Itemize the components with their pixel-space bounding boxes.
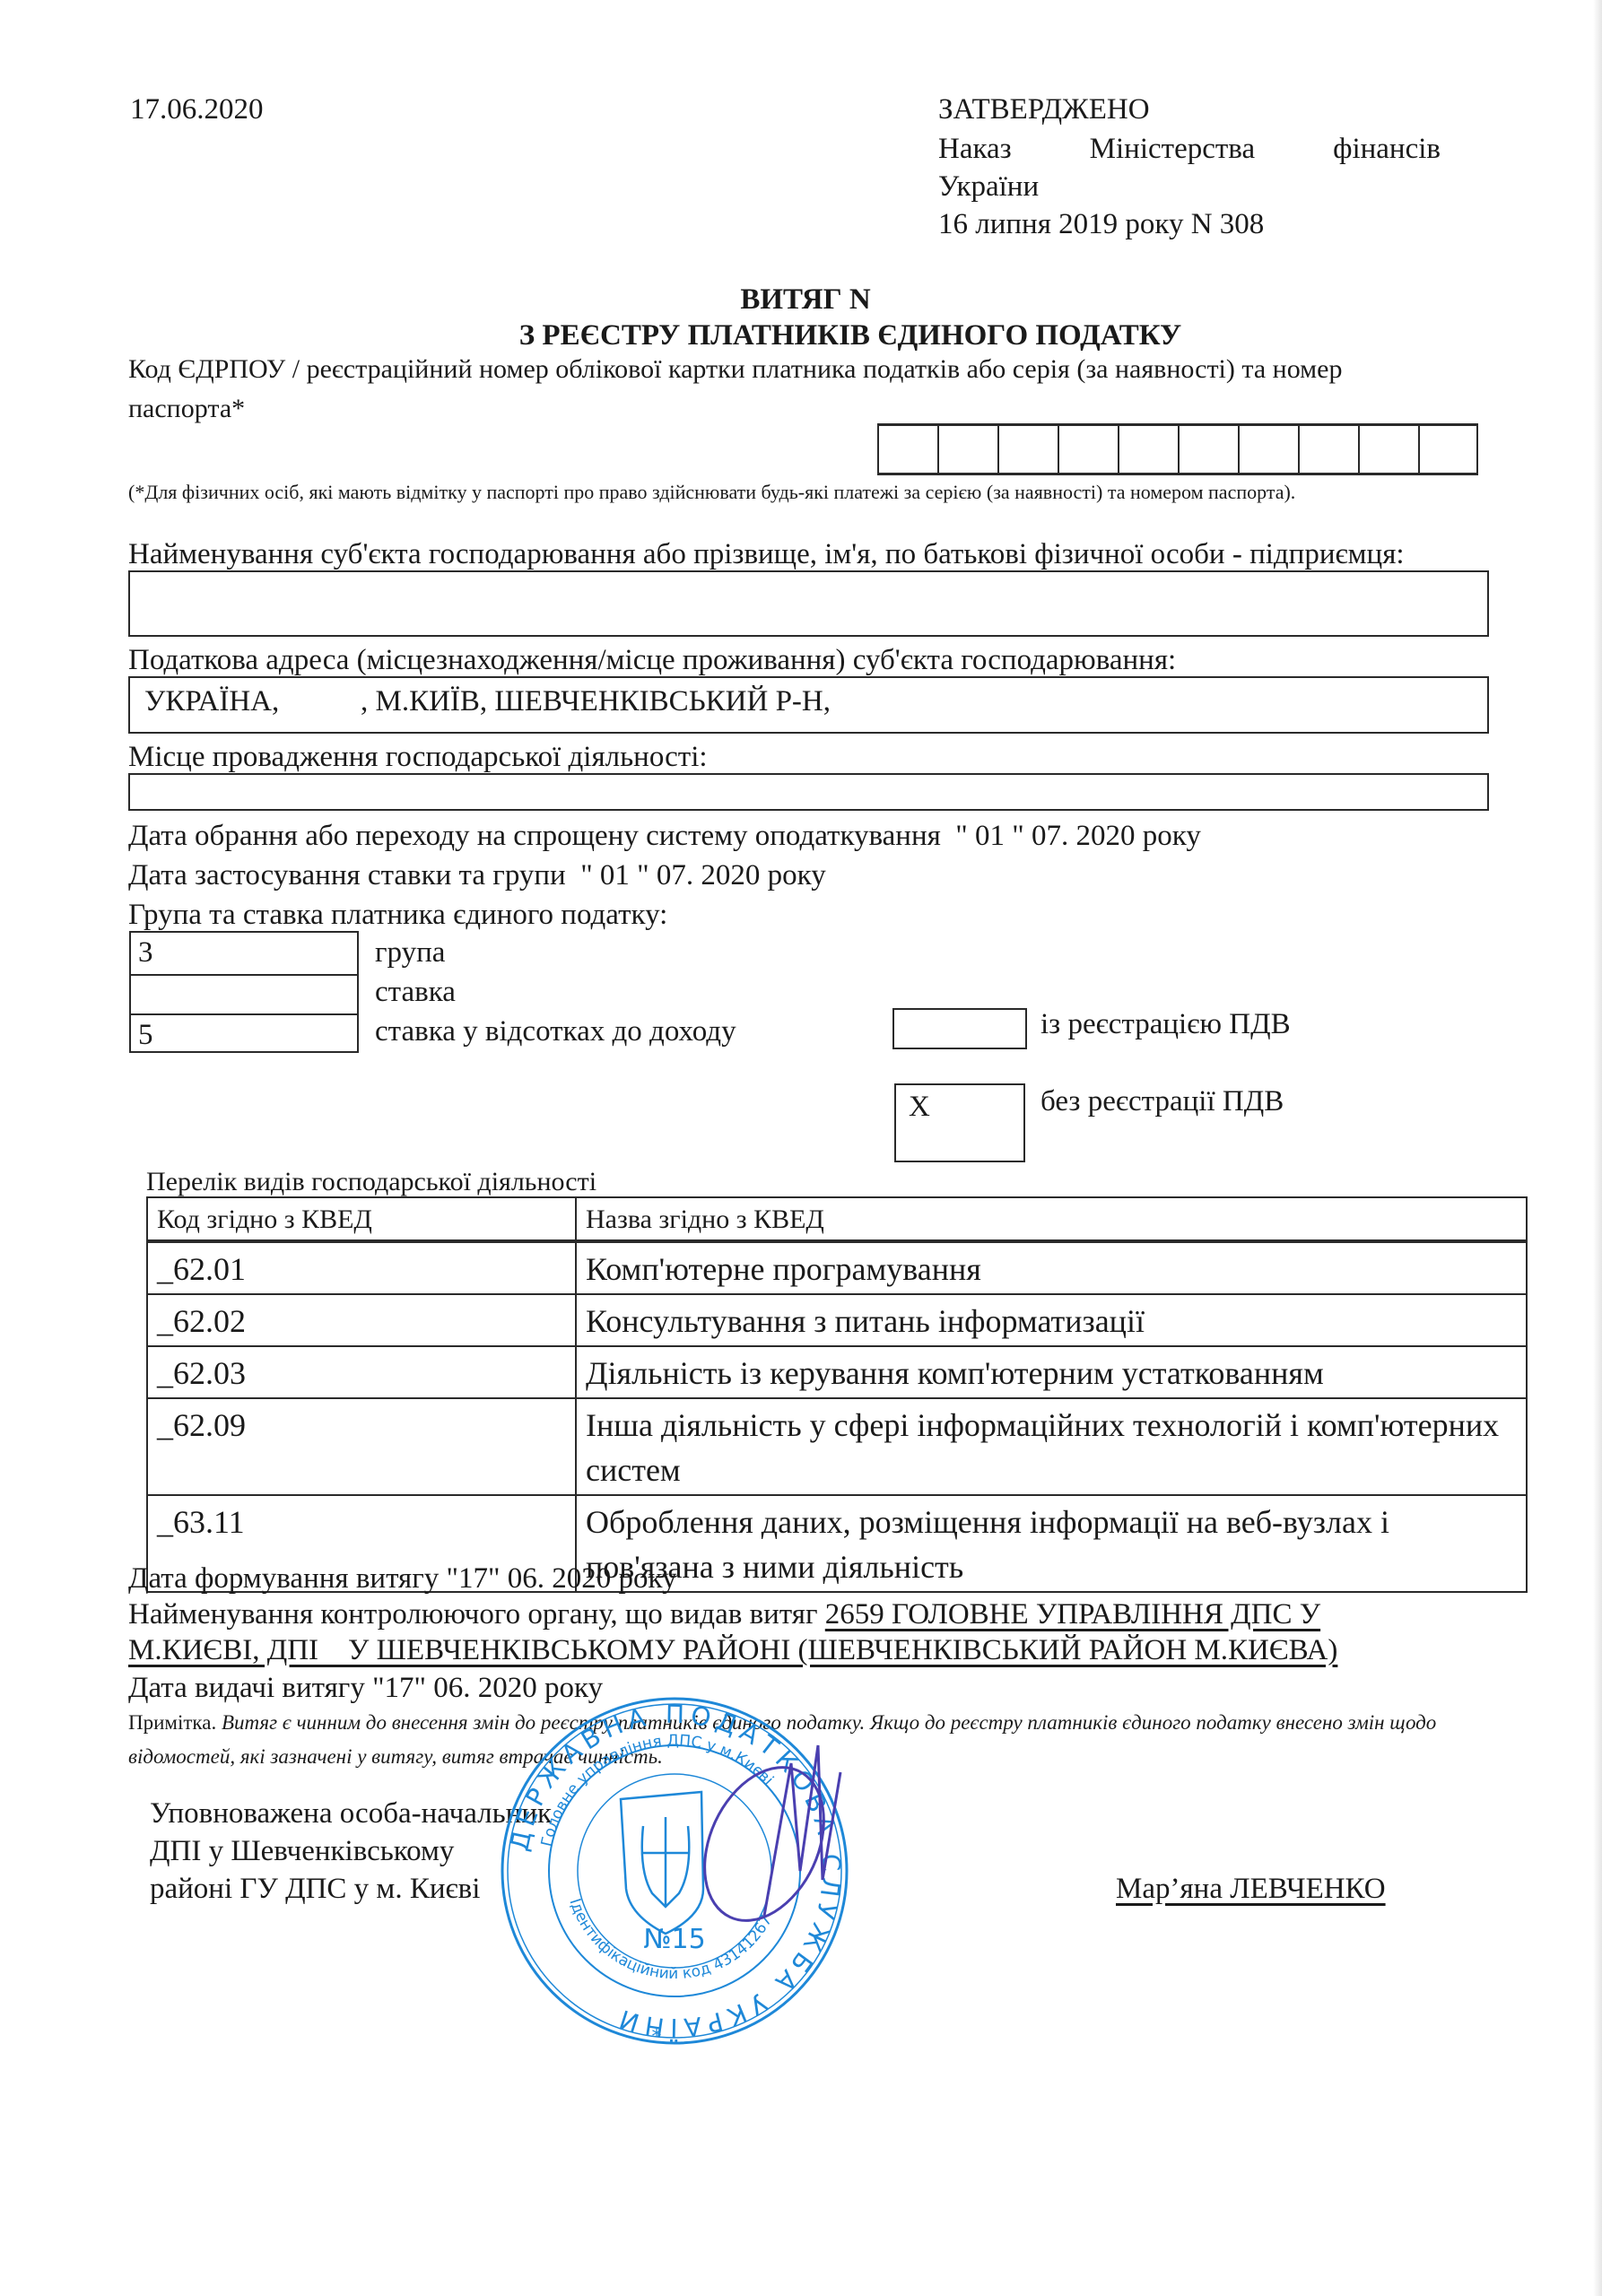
code-cell[interactable] [1358,426,1418,473]
rate-value [131,979,138,1012]
place-label: Місце провадження господарської діяльнос… [128,737,708,777]
kved-name: Інша діяльність у сфері інформаційних те… [576,1398,1527,1495]
code-cell[interactable] [1178,426,1238,473]
group-box[interactable]: 3 [129,931,359,974]
kved-name: Діяльність із керування комп'ютерним уст… [576,1346,1527,1398]
signer-position-1: Уповноважена особа-начальник [150,1794,552,1833]
vat-with-value [894,1013,907,1046]
name-label: Найменування суб'єкта господарювання або… [128,535,1405,574]
activities-table: Код згідно з КВЕД Назва згідно з КВЕД _6… [146,1196,1528,1593]
address-field[interactable]: УКРАЇНА, , М.КИЇВ, ШЕВЧЕНКІВСЬКИЙ Р-Н, [128,676,1489,734]
svg-text:*: * [652,2026,662,2048]
code-label-line-1: Код ЄДРПОУ / реєстраційний номер обліков… [128,352,1342,387]
note-label: Примітка. [128,1711,222,1734]
rate-group-date: Дата застосування ставки та групи " 01 "… [128,856,826,895]
order-line-1: Наказ Міністерства фінансів [938,129,1441,169]
order-word: Наказ [938,129,1012,169]
kved-code: _62.02 [147,1294,576,1346]
code-cells [877,423,1478,475]
rate-label: ставка [375,972,456,1012]
group-label: група [375,933,445,972]
authority-line-1: Найменування контролюючого органу, що ви… [128,1595,1320,1634]
address-value: УКРАЇНА, , М.КИЇВ, ШЕВЧЕНКІВСЬКИЙ Р-Н, [130,678,1487,721]
authority-label: Найменування контролюючого органу, що ви… [128,1598,825,1631]
code-label-line-2: паспорта* [128,391,245,427]
rate-percent-value: 5 [131,1019,153,1051]
code-cell[interactable] [1298,426,1358,473]
order-line-3: 16 липня 2019 року N 308 [938,204,1264,244]
code-footnote: (*Для фізичних осіб, які мають відмітку … [128,479,1545,506]
order-word: фінансів [1333,129,1441,169]
title-line-2: З РЕЄСТРУ ПЛАТНИКІВ ЄДИНОГО ПОДАТКУ [0,316,1602,355]
group-rate-label: Група та ставка платника єдиного податку… [128,895,667,935]
code-cell[interactable] [1238,426,1298,473]
place-field[interactable] [128,773,1489,811]
table-row: _62.09 Інша діяльність у сфері інформаці… [147,1398,1527,1495]
code-cell[interactable] [937,426,997,473]
table-row: _62.03 Діяльність із керування комп'ютер… [147,1346,1527,1398]
authority-value: 2659 ГОЛОВНЕ УПРАВЛІННЯ ДПС У [825,1598,1320,1631]
order-word: Міністерства [1090,129,1255,169]
title-line-1: ВИТЯГ N [0,280,1602,319]
vat-with-checkbox[interactable] [892,1008,1027,1049]
kved-code: _62.03 [147,1346,576,1398]
code-cell[interactable] [1418,426,1478,473]
signer-position-3: районі ГУ ДПС у м. Києві [150,1869,480,1909]
approved-label: ЗАТВЕРДЖЕНО [938,90,1150,129]
name-field[interactable] [128,570,1489,637]
group-value: 3 [131,936,153,969]
code-cell[interactable] [1118,426,1178,473]
simplified-system-date: Дата обрання або переходу на спрощену си… [128,816,1201,856]
kved-name: Консультування з питань інформатизації [576,1294,1527,1346]
place-value [130,778,143,811]
address-label: Податкова адреса (місцезнаходження/місце… [128,640,1176,680]
signer-position-2: ДПІ у Шевченківському [150,1831,454,1871]
table-row: _62.02 Консультування з питань інформати… [147,1294,1527,1346]
document-date: 17.06.2020 [130,90,264,129]
code-cell[interactable] [997,426,1058,473]
signer-name: Мар’яна ЛЕВЧЕНКО [1116,1869,1386,1909]
svg-text:ДЕРЖАВНА ПОДАТКОВА СЛУЖБА УКРА: ДЕРЖАВНА ПОДАТКОВА СЛУЖБА УКРАЇНИ [504,1700,846,2043]
kved-code: _62.01 [147,1241,576,1294]
table-header-row: Код згідно з КВЕД Назва згідно з КВЕД [147,1197,1527,1241]
rate-percent-label: ставка у відсотках до доходу [375,1012,736,1051]
order-line-2: України [938,167,1039,206]
vat-without-checkbox[interactable]: X [894,1083,1025,1162]
vat-without-value: X [896,1085,1023,1126]
code-cell[interactable] [877,426,937,473]
vat-without-label: без реєстрації ПДВ [1040,1082,1284,1121]
table-row: _62.01 Комп'ютерне програмування [147,1241,1527,1294]
code-cell[interactable] [1058,426,1118,473]
official-stamp-icon: ДЕРЖАВНА ПОДАТКОВА СЛУЖБА УКРАЇНИ Головн… [495,1692,854,2050]
header-code: Код згідно з КВЕД [147,1197,576,1241]
kved-name: Оброблення даних, розміщення інформації … [576,1495,1527,1592]
authority-line-2: М.КИЄВІ, ДПІ У ШЕВЧЕНКІВСЬКОМУ РАЙОНІ (Ш… [128,1631,1337,1670]
header-name: Назва згідно з КВЕД [576,1197,1527,1241]
kved-code: _62.09 [147,1398,576,1495]
name-value [130,576,143,608]
vat-with-label: із реєстрацією ПДВ [1040,1004,1291,1044]
formed-date: Дата формування витягу "17" 06. 2020 рок… [128,1559,677,1598]
kved-name: Комп'ютерне програмування [576,1241,1527,1294]
rate-percent-box[interactable]: 5 [129,1013,359,1053]
rate-box[interactable] [129,974,359,1013]
activities-title: Перелік видів господарської діяльності [146,1164,596,1200]
